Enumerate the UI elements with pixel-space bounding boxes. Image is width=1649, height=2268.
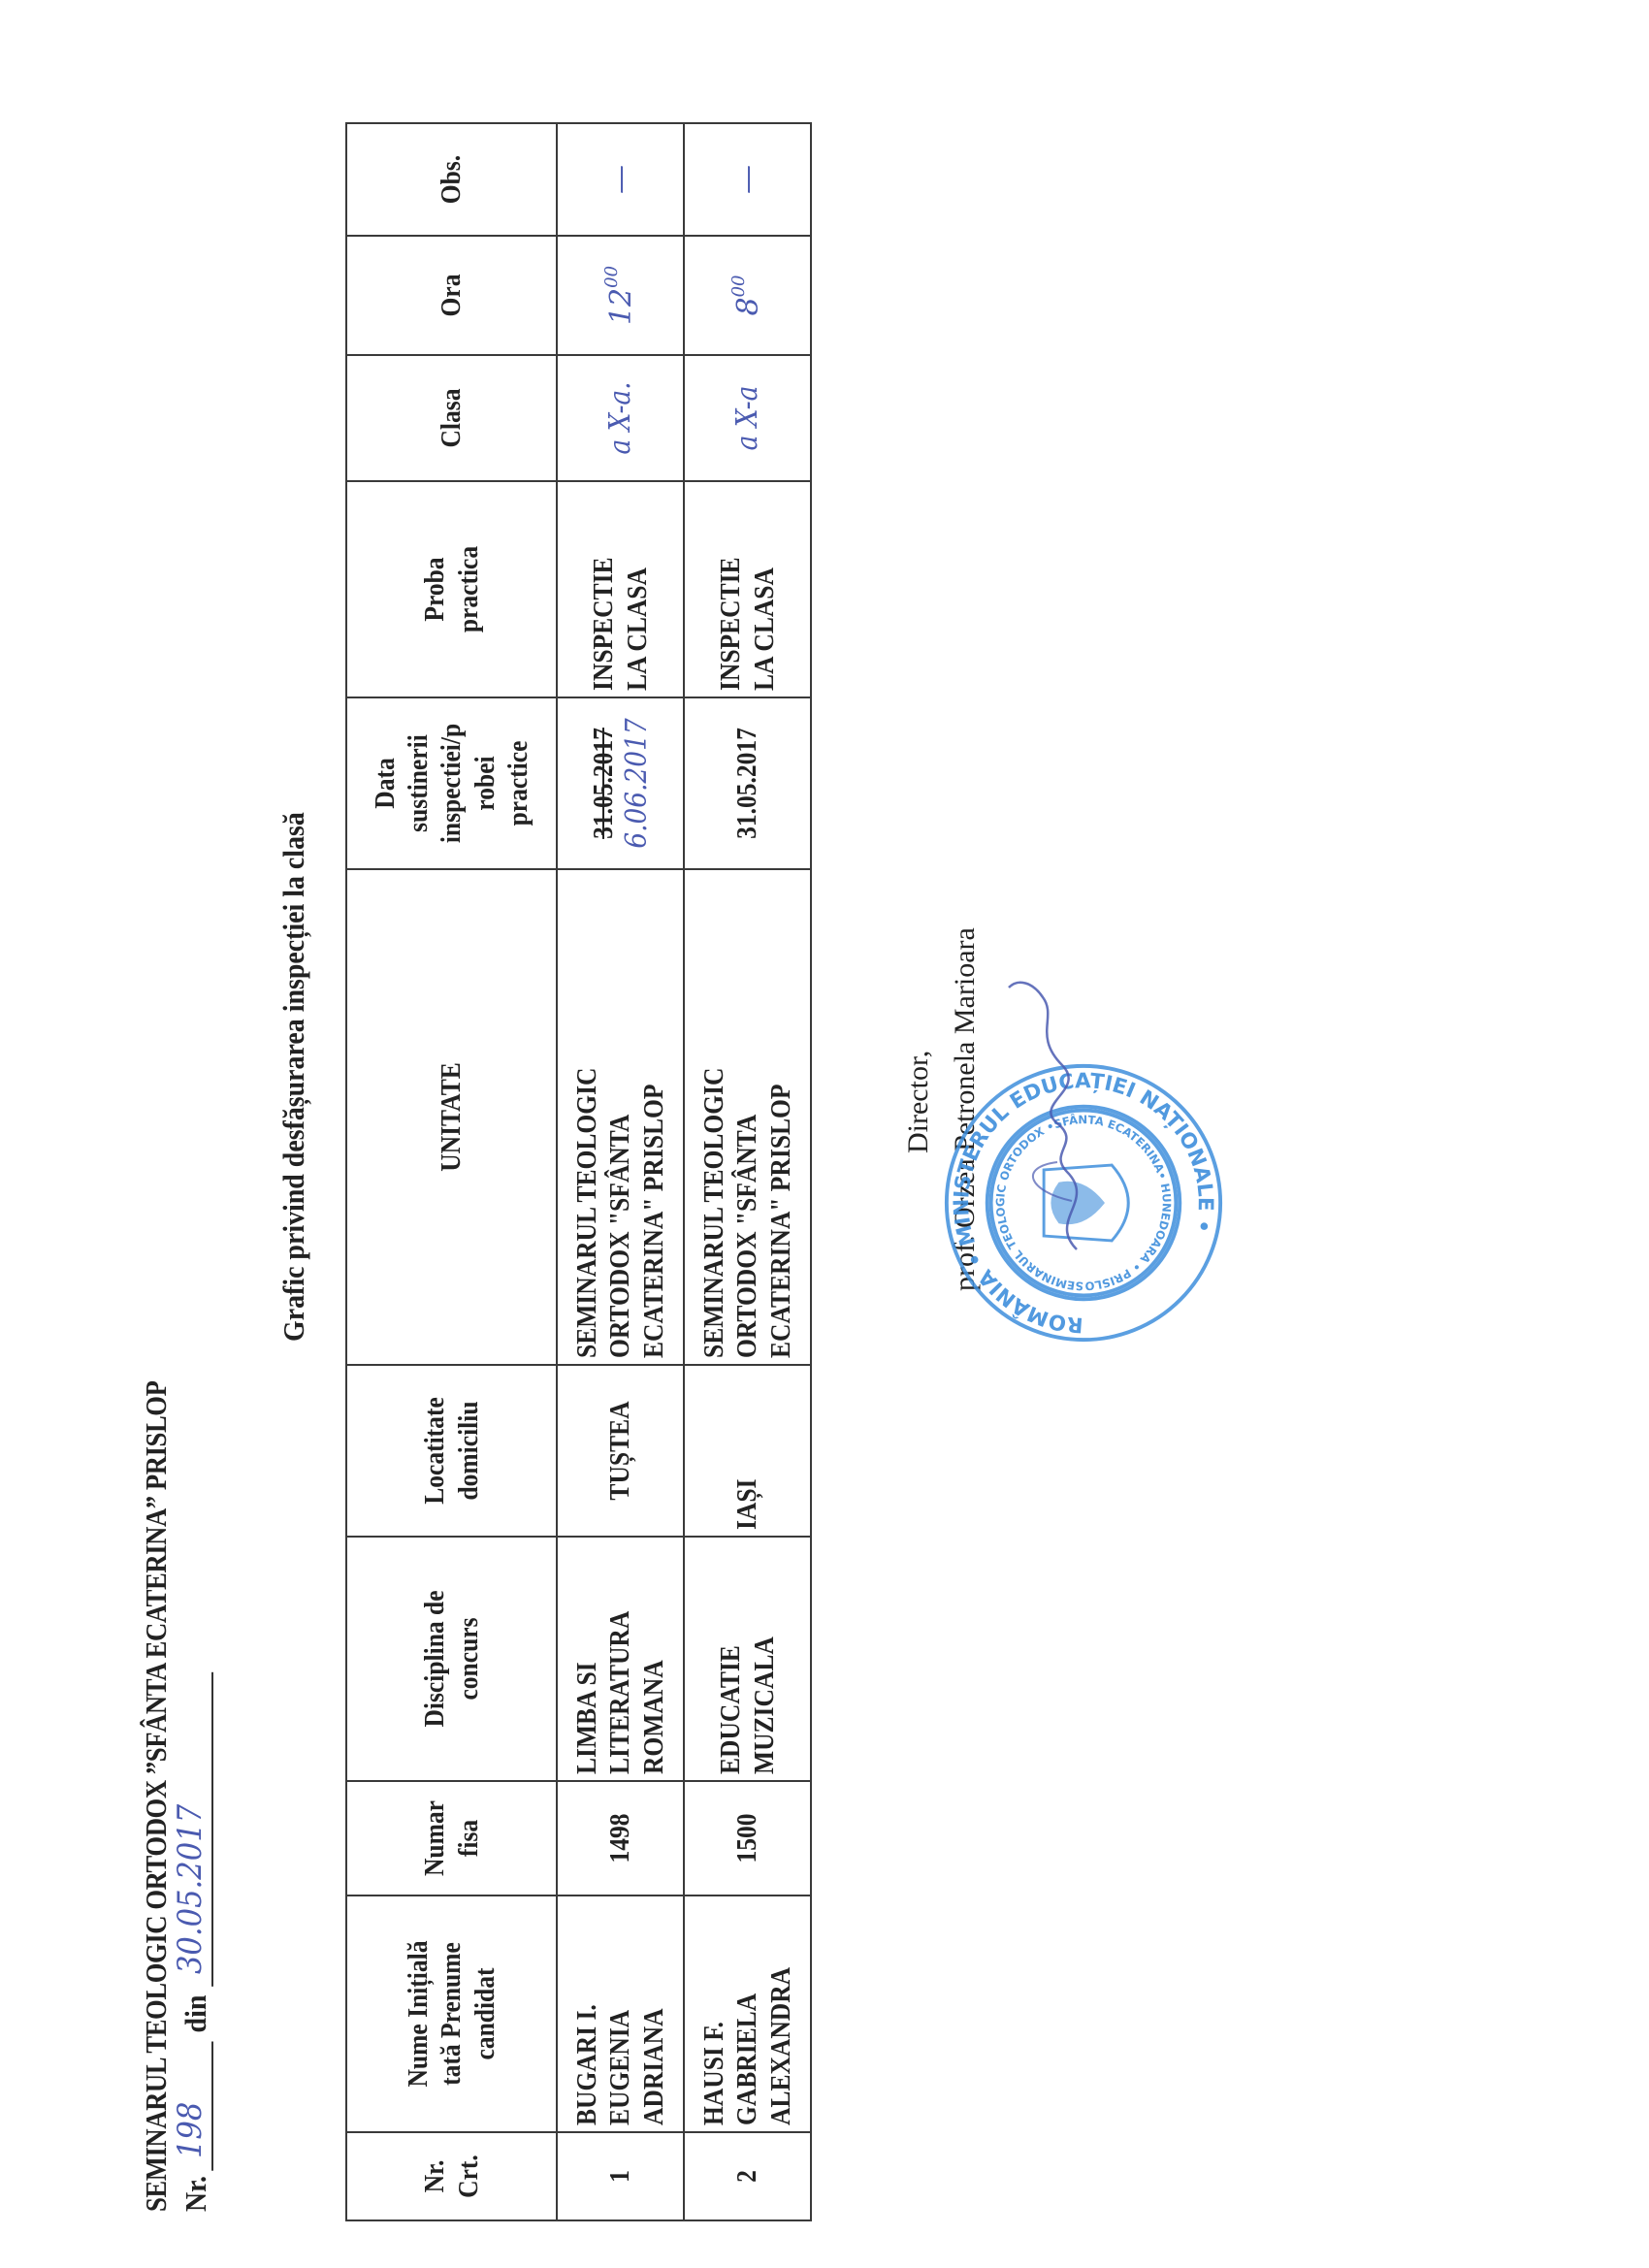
table-row: 2 HAUSI F. GABRIELA ALEXANDRA 1500 EDUCA… [684,123,811,2220]
col-numar-fisa: Numar fisa [346,1781,557,1895]
cell-obs: — [684,123,811,236]
cell-data: 31.05.2017 6.06.2017 [557,697,684,869]
cell-clasa: a X-a [684,355,811,481]
col-proba: Proba practica [346,481,557,697]
cell-unitate: SEMINARUL TEOLOGIC ORTODOX "SFÂNTA ECATE… [684,869,811,1365]
col-localitate: Locatitate domiciliu [346,1365,557,1537]
date-value: 30.05.2017 [171,1804,210,1974]
cell-localitate: TUȘTEA [557,1365,684,1537]
col-data: Data sustinerii inspectiei/p robei pract… [346,697,557,869]
signature-icon [989,968,1125,1259]
cell-proba: INSPECTIE LA CLASA [557,481,684,697]
nr-label: Nr. [178,2176,213,2212]
cell-data: 31.05.2017 [684,697,811,869]
cell-clasa: a X-a. [557,355,684,481]
registration-line: Nr. 198 din 30.05.2017 [178,1672,213,2212]
cell-localitate: IAȘI [684,1365,811,1537]
cell-nume: HAUSI F. GABRIELA ALEXANDRA [684,1895,811,2132]
col-nume: Nume Inițială tată Prenume candidat [346,1895,557,2132]
cell-obs: — [557,123,684,236]
col-obs: Obs. [346,123,557,236]
col-disciplina: Disciplina de concurs [346,1537,557,1781]
cell-disciplina: LIMBA SI LITERATURA ROMANA [557,1537,684,1781]
cell-numar-fisa: 1498 [557,1781,684,1895]
table-row: 1 BUGARI I. EUGENIA ADRIANA 1498 LIMBA S… [557,123,684,2220]
data-handwritten: 6.06.2017 [620,714,654,853]
cell-nr: 2 [684,2132,811,2220]
cell-ora: 1200 [557,236,684,355]
director-label: Director, [902,1051,935,1153]
cell-disciplina: EDUCATIE MUZICALA [684,1537,811,1781]
col-nr-crt: Nr. Crt. [346,2132,557,2220]
col-clasa: Clasa [346,355,557,481]
din-label: din [178,1995,213,2033]
cell-nr: 1 [557,2132,684,2220]
data-struck: 31.05.2017 [587,714,620,853]
document-title: Grafic privind desfășurarea inspecției l… [276,812,311,1342]
institution-heading: SEMINARUL TEOLOGIC ORTODOX ”SFÂNTA ECATE… [139,1381,174,2212]
cell-proba: INSPECTIE LA CLASA [684,481,811,697]
document-sheet: SEMINARUL TEOLOGIC ORTODOX ”SFÂNTA ECATE… [0,0,1649,2268]
inspection-schedule-table: Nr. Crt. Nume Inițială tată Prenume cand… [345,122,812,2221]
nr-field: 198 [178,2041,213,2170]
col-ora: Ora [346,236,557,355]
cell-numar-fisa: 1500 [684,1781,811,1895]
table-header-row: Nr. Crt. Nume Inițială tată Prenume cand… [346,123,557,2220]
cell-ora: 800 [684,236,811,355]
nr-value: 198 [171,2102,210,2158]
cell-unitate: SEMINARUL TEOLOGIC ORTODOX "SFÂNTA ECATE… [557,869,684,1365]
cell-nume: BUGARI I. EUGENIA ADRIANA [557,1895,684,2132]
col-unitate: UNITATE [346,869,557,1365]
date-field: 30.05.2017 [178,1672,213,1987]
